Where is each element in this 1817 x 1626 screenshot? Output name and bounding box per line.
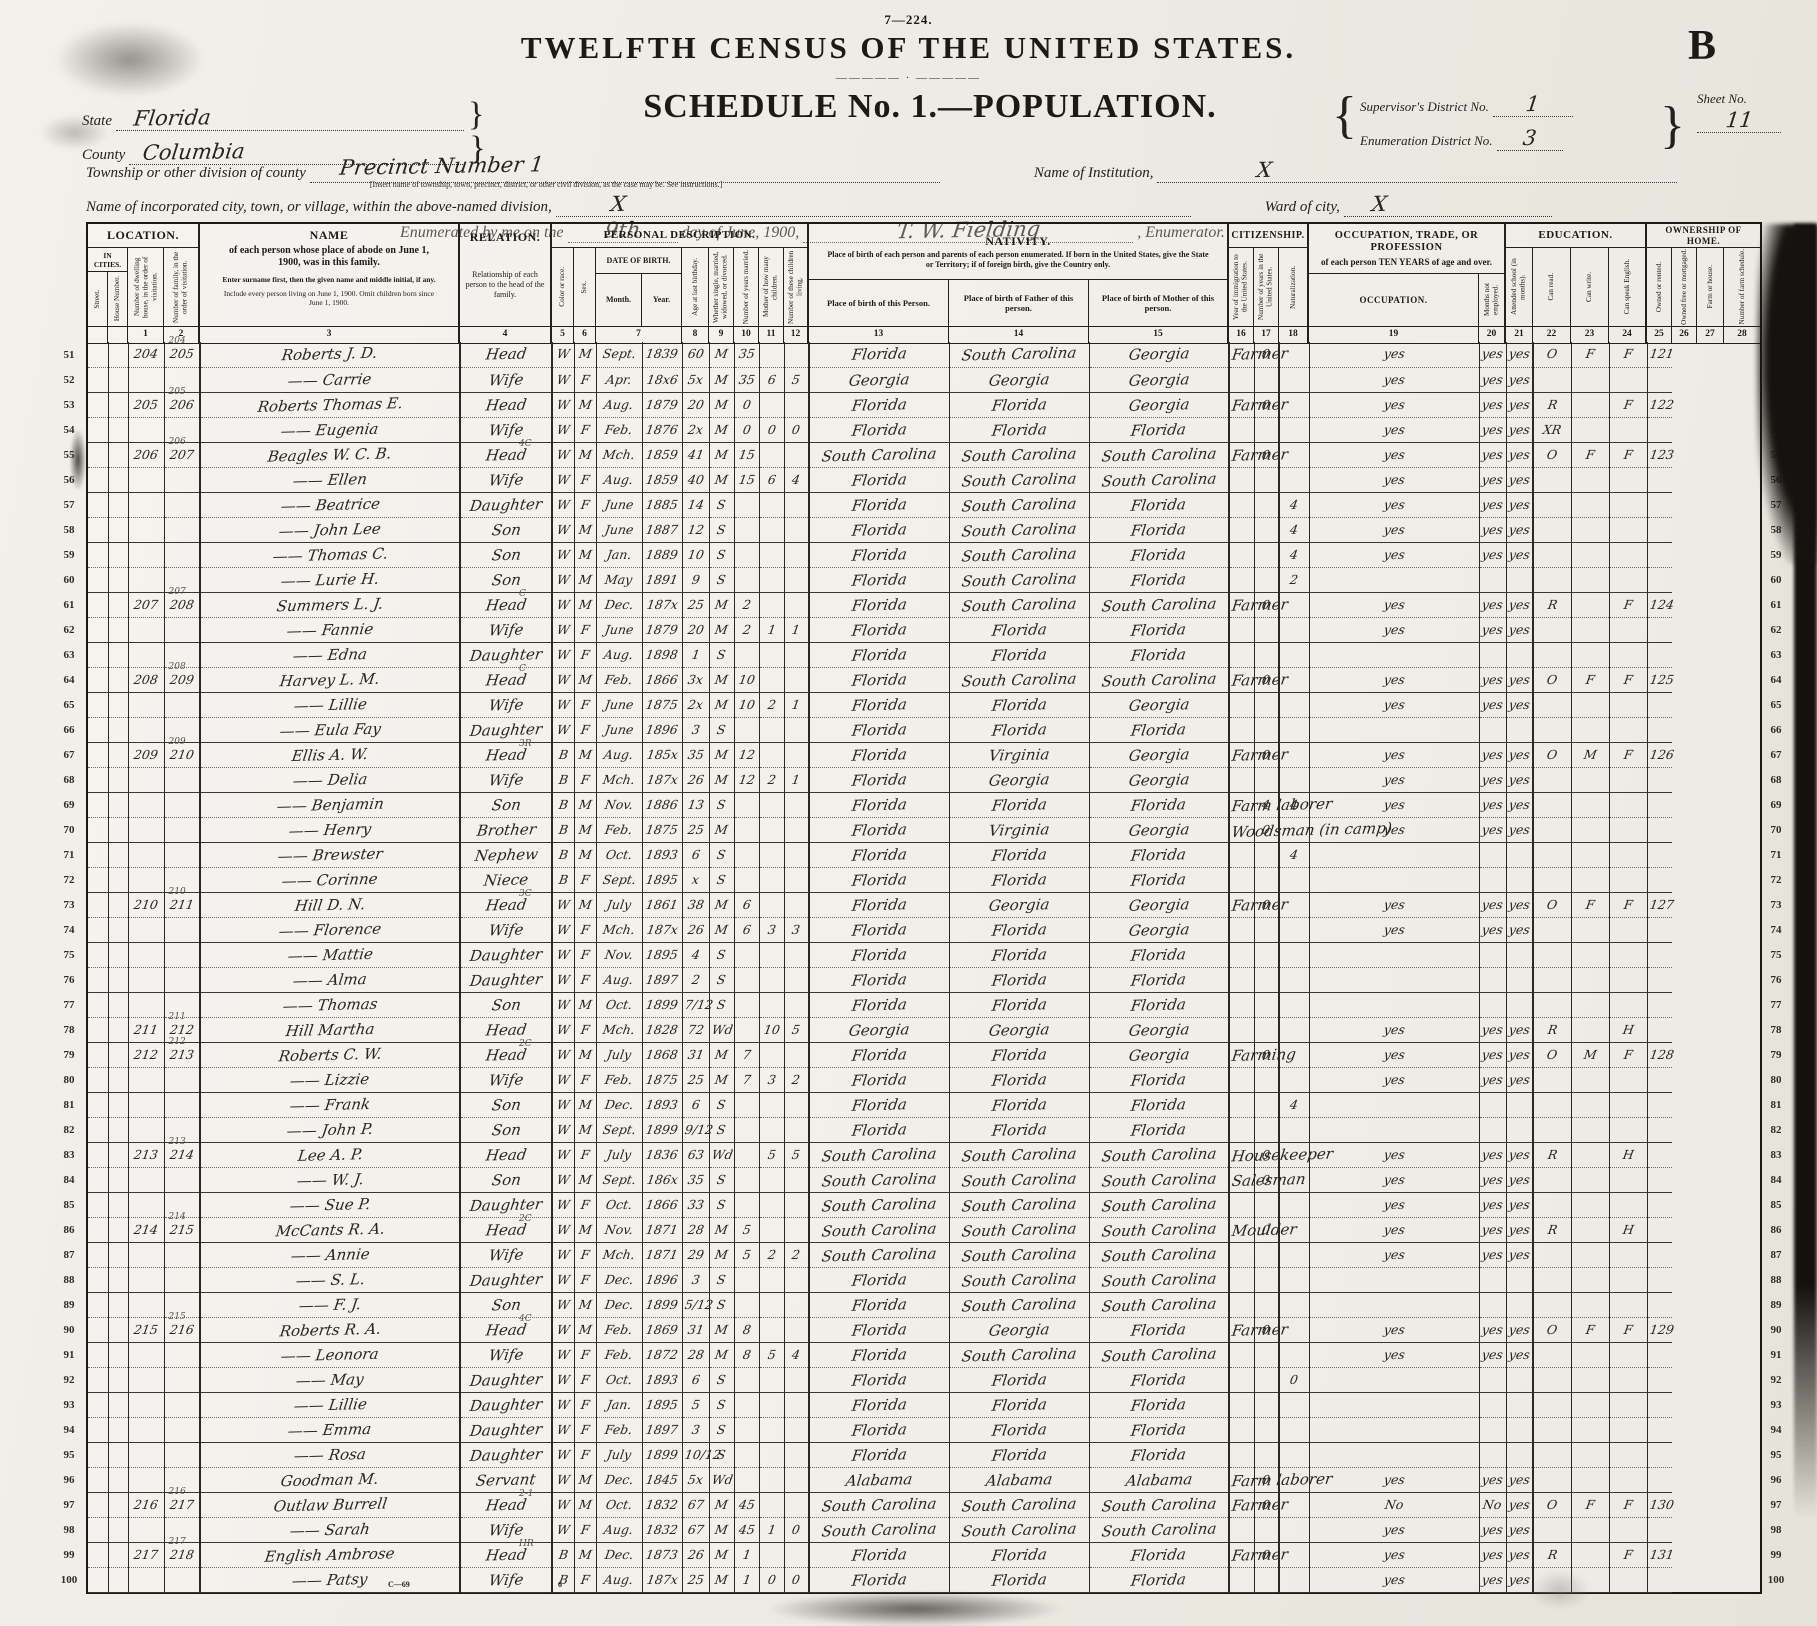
handwritten-value: M [714, 372, 729, 387]
row-number: 53 [1763, 393, 1789, 418]
cell-name: Hill D. N. [200, 892, 460, 917]
cell-mother-of [759, 1292, 784, 1317]
handwritten-value: South Carolina [960, 1294, 1077, 1315]
cell-age: 5x [682, 1467, 709, 1492]
handwritten-value: Florida [851, 945, 908, 964]
handwritten-value: 1866 [645, 1197, 679, 1212]
cell-name: —— Brewster [200, 842, 460, 867]
ward-value: X [1370, 192, 1388, 216]
cell-color: W [552, 417, 574, 442]
handwritten-value: June [604, 622, 635, 637]
cell-name: —— Florence [200, 917, 460, 942]
cell-farm-schedule [1647, 967, 1672, 992]
cell-occupation [1229, 1017, 1254, 1042]
census-sheet-scan: 7—224. TWELFTH CENSUS OF THE UNITED STAT… [0, 0, 1817, 1626]
handwritten-value: Roberts C. W. [277, 1044, 382, 1065]
cell-relation: Head [460, 392, 552, 417]
handwritten-value: Son [490, 1120, 521, 1139]
handwritten-value: Florida [851, 1545, 908, 1564]
cell-birth-person: Florida [809, 892, 949, 917]
cell-marital: S [709, 792, 734, 817]
cell-farm-house [1609, 767, 1647, 792]
cell-years-married: 1 [734, 1542, 759, 1567]
cell-years-married: 7 [734, 1042, 759, 1067]
cell-birth-mother: Florida [1089, 1317, 1229, 1342]
cell-birth-year: 1899 [642, 1292, 682, 1317]
cell-birth-year: 1873 [642, 1542, 682, 1567]
row-number: 74 [1763, 918, 1789, 943]
handwritten-value: F [579, 697, 590, 712]
cell-color: B [552, 1567, 574, 1592]
cell-can-read: yes [1309, 542, 1479, 567]
row-number: 92 [56, 1368, 82, 1393]
handwritten-value: 123 [1648, 447, 1674, 462]
handwritten-value: yes [1382, 922, 1405, 937]
cell-can-read: yes [1309, 767, 1479, 792]
cell-age: 35 [682, 1167, 709, 1192]
cell-can-write: yes [1479, 1217, 1506, 1242]
cell-color: W [552, 1317, 574, 1342]
cell-children-living [784, 842, 809, 867]
header-citizenship: CITIZENSHIP. [1229, 224, 1309, 248]
cell-owned [1533, 1392, 1571, 1417]
pencil-annotation: 216 [169, 1487, 186, 1497]
handwritten-value: Florida [990, 795, 1047, 814]
handwritten-value: Florida [851, 995, 908, 1014]
cell-age: 67 [682, 1517, 709, 1542]
handwritten-value: W [556, 447, 571, 462]
handwritten-value: South Carolina [1100, 1519, 1217, 1540]
cell-dwelling [128, 1367, 164, 1392]
row-number: 82 [56, 1118, 82, 1143]
cell-age: 26 [682, 917, 709, 942]
cell-owned: O [1533, 667, 1571, 692]
handwritten-value: F [1622, 897, 1633, 912]
cell-can-english [1506, 842, 1533, 867]
column-number: 18 [1279, 327, 1309, 343]
table-row: —— F. J.SonWMDec.18995/12SFloridaSouth C… [88, 1292, 1760, 1317]
table-row: —— MattieDaughterWFNov.18954SFloridaFlor… [88, 942, 1760, 967]
handwritten-value: F [579, 947, 590, 962]
cell-mother-of: 6 [759, 467, 784, 492]
handwritten-value: 1893 [645, 1097, 679, 1112]
handwritten-value: Florida [851, 770, 908, 789]
handwritten-value: Florida [1130, 870, 1187, 889]
header-can-read: Can read. [1533, 248, 1571, 326]
row-number: 55 [56, 443, 82, 468]
cell-birth-year: 1875 [642, 817, 682, 842]
handwritten-value: —— Lizzie [289, 1069, 371, 1089]
cell-can-read [1309, 1417, 1479, 1442]
cell-relation: Head4C [460, 1317, 552, 1342]
township-value: Precinct Number 1 [338, 152, 545, 180]
table-row: 210210211Hill D. N.Head3CWMJuly186138M6F… [88, 892, 1760, 917]
cell-can-english: yes [1506, 367, 1533, 392]
row-number: 75 [1763, 943, 1789, 968]
cell-relation: Daughter [460, 1392, 552, 1417]
handwritten-value: Daughter [469, 1195, 544, 1215]
cell-birth-father: Florida [949, 392, 1089, 417]
header-occupation-group: OCCUPATION, TRADE, OR PROFESSION of each… [1309, 224, 1506, 274]
handwritten-value: 2 [690, 972, 700, 987]
handwritten-value: Florida [1130, 720, 1187, 739]
cell-birth-father: South Carolina [949, 1342, 1089, 1367]
handwritten-value: Wife [488, 770, 525, 789]
cell-house-number [108, 967, 128, 992]
handwritten-value: W [556, 947, 571, 962]
cell-family: 207208 [164, 592, 200, 617]
handwritten-value: 13 [686, 797, 704, 812]
cell-birth-month: Nov. [596, 942, 642, 967]
handwritten-value: Florida [990, 620, 1047, 639]
cell-birth-year: 1897 [642, 1417, 682, 1442]
cell-birth-person: Florida [809, 867, 949, 892]
cell-birth-month: Oct. [596, 1367, 642, 1392]
cell-dwelling [128, 1442, 164, 1467]
handwritten-value: Georgia [987, 770, 1050, 790]
cell-age: 25 [682, 1067, 709, 1092]
handwritten-value: 205 [133, 397, 159, 412]
cell-sex: M [574, 1542, 596, 1567]
handwritten-value: Florida [851, 520, 908, 539]
handwritten-value: Mch. [602, 772, 636, 787]
handwritten-value: W [556, 622, 571, 637]
header-naturalization: Naturalization. [1279, 248, 1309, 326]
cell-birth-year: 1875 [642, 1067, 682, 1092]
cell-birth-father: Georgia [949, 892, 1089, 917]
handwritten-value: Son [490, 1170, 521, 1189]
handwritten-value: S [716, 572, 727, 587]
cell-birth-mother: Florida [1089, 1117, 1229, 1142]
cell-months-unemployed [1254, 1067, 1279, 1092]
handwritten-value: Florida [990, 1445, 1047, 1464]
handwritten-value: F [579, 1522, 590, 1537]
cell-months-unemployed [1254, 692, 1279, 717]
handwritten-value: yes [1481, 397, 1504, 412]
cell-name: —— Eula Fay [200, 717, 460, 742]
handwritten-value: F [1622, 1547, 1633, 1562]
cell-can-read: yes [1309, 792, 1479, 817]
cell-owned [1533, 617, 1571, 642]
cell-color: W [552, 1292, 574, 1317]
cell-family [164, 542, 200, 567]
row-number: 98 [56, 1518, 82, 1543]
cell-street [88, 1467, 108, 1492]
cell-occupation [1229, 617, 1254, 642]
handwritten-value: yes [1382, 1172, 1405, 1187]
handwritten-value: South Carolina [960, 444, 1077, 465]
handwritten-value: —— Eula Fay [278, 719, 381, 740]
handwritten-value: O [1546, 747, 1559, 762]
schedule-title: SCHEDULE No. 1.—POPULATION. [540, 88, 1320, 126]
handwritten-value: F [579, 772, 590, 787]
cell-farm-house [1609, 917, 1647, 942]
cell-birth-year: 1872 [642, 1342, 682, 1367]
table-row: —— John LeeSonWMJune188712SFloridaSouth … [88, 517, 1760, 542]
handwritten-value: 15 [737, 447, 755, 462]
cell-sex: F [574, 1142, 596, 1167]
handwritten-value: yes [1508, 397, 1531, 412]
row-number: 98 [1763, 1518, 1789, 1543]
handwritten-value: Florida [851, 620, 908, 639]
cell-occupation [1229, 1417, 1254, 1442]
cell-sex: M [574, 567, 596, 592]
cell-free-mortgaged [1571, 567, 1609, 592]
header-can-write: Can write. [1571, 248, 1609, 326]
cell-years-married: 7 [734, 1067, 759, 1092]
cell-years-married: 8 [734, 1342, 759, 1367]
cell-years-married [734, 717, 759, 742]
handwritten-value: 2 [1289, 572, 1299, 587]
cell-mother-of: 2 [759, 767, 784, 792]
cell-children-living [784, 717, 809, 742]
handwritten-value: 216 [133, 1497, 159, 1512]
row-number: 57 [56, 493, 82, 518]
header-name-title: NAME [310, 228, 349, 242]
handwritten-value: Feb. [604, 1347, 634, 1362]
handwritten-value: Florida [851, 845, 908, 864]
cell-name: —— W. J. [200, 1167, 460, 1192]
handwritten-value: 18x6 [645, 372, 678, 387]
cell-sex: F [574, 917, 596, 942]
cell-birth-person: Florida [809, 767, 949, 792]
row-number: 88 [1763, 1268, 1789, 1293]
handwritten-value: 207 [133, 597, 159, 612]
handwritten-value: F [1622, 597, 1633, 612]
cell-occupation [1229, 467, 1254, 492]
handwritten-value: W [556, 1197, 571, 1212]
cell-birth-month: Aug. [596, 1517, 642, 1542]
cell-age: 33 [682, 1192, 709, 1217]
handwritten-value: M [577, 672, 592, 687]
column-number: 23 [1571, 327, 1609, 343]
handwritten-value: Alabama [1124, 1470, 1193, 1490]
cell-can-read: yes [1309, 1167, 1479, 1192]
handwritten-value: Georgia [987, 895, 1050, 915]
cell-can-read: No [1309, 1492, 1479, 1517]
row-number: 59 [56, 543, 82, 568]
header-name-sub: of each person whose place of abode on J… [224, 245, 434, 269]
cell-birth-month: Oct. [596, 1192, 642, 1217]
cell-children-living [784, 1092, 809, 1117]
handwritten-value: 35 [737, 346, 755, 361]
cell-owned [1533, 1342, 1571, 1367]
cell-can-read: yes [1309, 367, 1479, 392]
cell-farm-schedule [1647, 1142, 1672, 1167]
cell-street [88, 1542, 108, 1567]
cell-free-mortgaged [1571, 1442, 1609, 1467]
handwritten-value: S [716, 522, 727, 537]
cell-birth-mother: Florida [1089, 967, 1229, 992]
cell-age: 6 [682, 842, 709, 867]
cell-children-living [784, 342, 809, 367]
cell-can-read: yes [1309, 492, 1479, 517]
cell-farm-house: F [1609, 892, 1647, 917]
cell-months-unemployed [1254, 367, 1279, 392]
cell-birth-month: Dec. [596, 1267, 642, 1292]
institution-value: X [1256, 158, 1274, 182]
cell-relation: Wife [460, 417, 552, 442]
cell-age: 4 [682, 942, 709, 967]
row-number: 74 [56, 918, 82, 943]
handwritten-value: 1869 [645, 1322, 679, 1337]
cell-free-mortgaged: M [1571, 1042, 1609, 1067]
handwritten-value: Florida [851, 595, 908, 614]
handwritten-value: 187x [645, 772, 678, 787]
cell-can-write: yes [1479, 617, 1506, 642]
cell-occupation [1229, 1567, 1254, 1592]
handwritten-value: Aug. [603, 472, 634, 487]
cell-can-english [1506, 992, 1533, 1017]
cell-free-mortgaged [1571, 392, 1609, 417]
handwritten-value: Roberts J. D. [281, 344, 379, 364]
cell-free-mortgaged: F [1571, 1317, 1609, 1342]
handwritten-value: M [714, 1322, 729, 1337]
scan-smudge-bottom [770, 1592, 1060, 1626]
row-number: 85 [56, 1193, 82, 1218]
cell-owned [1533, 467, 1571, 492]
handwritten-value: 26 [686, 772, 704, 787]
handwritten-value: yes [1508, 1347, 1531, 1362]
cell-children-living: 1 [784, 767, 809, 792]
cell-children-living: 4 [784, 467, 809, 492]
cell-name: Harvey L. M. [200, 667, 460, 692]
cell-can-english: yes [1506, 417, 1533, 442]
cell-can-write: yes [1479, 1317, 1506, 1342]
cell-sex: M [574, 842, 596, 867]
header-years-married-label: Number of years married. [742, 250, 751, 324]
handwritten-value: 212 [169, 1022, 195, 1037]
pencil-annotation: 211 [169, 1012, 186, 1022]
cell-farm-house: F [1609, 667, 1647, 692]
handwritten-value: Florida [1130, 620, 1187, 639]
cell-occupation [1229, 1517, 1254, 1542]
cell-birth-father: Florida [949, 842, 1089, 867]
handwritten-value: Florida [990, 945, 1047, 964]
column-number: 28 [1724, 327, 1760, 343]
cell-birth-year: 1899 [642, 1117, 682, 1142]
handwritten-value: 1893 [645, 1372, 679, 1387]
cell-can-english: yes [1506, 617, 1533, 642]
handwritten-value: 2x [687, 422, 704, 437]
cell-can-english [1506, 942, 1533, 967]
handwritten-value: 5x [687, 372, 704, 387]
row-number: 54 [1763, 418, 1789, 443]
handwritten-value: Florida [851, 395, 908, 414]
row-number: 53 [56, 393, 82, 418]
cell-dwelling [128, 1117, 164, 1142]
handwritten-value: W [556, 722, 571, 737]
cell-mother-of [759, 867, 784, 892]
cell-mother-of [759, 492, 784, 517]
handwritten-value: 12 [737, 772, 755, 787]
row-number: 64 [56, 668, 82, 693]
handwritten-value: yes [1508, 497, 1531, 512]
cell-family [164, 517, 200, 542]
cell-street [88, 1517, 108, 1542]
cell-house-number [108, 1092, 128, 1117]
cell-owned [1533, 1367, 1571, 1392]
census-table: LOCATION. NAME of each person whose plac… [86, 222, 1762, 1594]
handwritten-value: 1828 [645, 1022, 679, 1037]
cell-birth-mother: Georgia [1089, 392, 1229, 417]
cell-birth-father: South Carolina [949, 1242, 1089, 1267]
header-free-mortgaged: Owned free or mortgaged. [1672, 248, 1697, 326]
cell-years-married [734, 1392, 759, 1417]
handwritten-value: yes [1508, 672, 1531, 687]
cell-street [88, 842, 108, 867]
handwritten-value: S [716, 872, 727, 887]
cell-relation: Daughter [460, 492, 552, 517]
cell-birth-year: 1859 [642, 467, 682, 492]
cell-farm-schedule: 129 [1647, 1317, 1672, 1342]
cell-children-living [784, 1217, 809, 1242]
cell-birth-mother: Florida [1089, 1092, 1229, 1117]
handwritten-value: Son [490, 1095, 521, 1114]
cell-birth-person: South Carolina [809, 1217, 949, 1242]
cell-age: 67 [682, 1492, 709, 1517]
cell-family [164, 792, 200, 817]
cell-birth-person: South Carolina [809, 1167, 949, 1192]
column-number: 9 [709, 327, 734, 343]
cell-children-living [784, 1117, 809, 1142]
handwritten-value: yes [1382, 1322, 1405, 1337]
handwritten-value: Florida [1130, 1545, 1187, 1564]
handwritten-value: 1897 [645, 1422, 679, 1437]
handwritten-value: 2 [766, 697, 776, 712]
handwritten-value: —— Sarah [289, 1519, 371, 1539]
cell-street [88, 1317, 108, 1342]
cell-birth-father: Georgia [949, 1317, 1089, 1342]
handwritten-value: 40 [686, 472, 704, 487]
cell-birth-father: South Carolina [949, 1292, 1089, 1317]
cell-school [1279, 1117, 1309, 1142]
cell-sex: F [574, 967, 596, 992]
cell-color: W [552, 1117, 574, 1142]
header-can-write-label: Can write. [1585, 272, 1594, 302]
header-free-mortgaged-label: Owned free or mortgaged. [1680, 249, 1689, 325]
cell-owned [1533, 1167, 1571, 1192]
cell-name: —— Corinne [200, 867, 460, 892]
enumeration-label: Enumeration District No. [1360, 133, 1493, 148]
cell-name: McCants R. A. [200, 1217, 460, 1242]
cell-street [88, 667, 108, 692]
cell-farm-house [1609, 642, 1647, 667]
cell-birth-person: Florida [809, 592, 949, 617]
cell-age: 3x [682, 667, 709, 692]
cell-dwelling [128, 617, 164, 642]
handwritten-value: F [579, 1347, 590, 1362]
handwritten-value: 6 [766, 372, 776, 387]
cell-farm-schedule [1647, 1067, 1672, 1092]
handwritten-value: Wife [488, 1345, 525, 1364]
cell-owned [1533, 842, 1571, 867]
cell-can-write: yes [1479, 342, 1506, 367]
handwritten-value: yes [1382, 697, 1405, 712]
cell-can-write: yes [1479, 467, 1506, 492]
row-number: 56 [56, 468, 82, 493]
cell-birth-person: Florida [809, 492, 949, 517]
cell-school [1279, 1417, 1309, 1442]
row-number: 81 [56, 1093, 82, 1118]
handwritten-value: S [716, 1097, 727, 1112]
cell-birth-father: South Carolina [949, 517, 1089, 542]
handwritten-value: Florida [1130, 945, 1187, 964]
cell-children-living [784, 642, 809, 667]
city-value: X [609, 192, 627, 216]
cell-birth-person: Georgia [809, 1017, 949, 1042]
handwritten-value: Dec. [604, 597, 635, 612]
